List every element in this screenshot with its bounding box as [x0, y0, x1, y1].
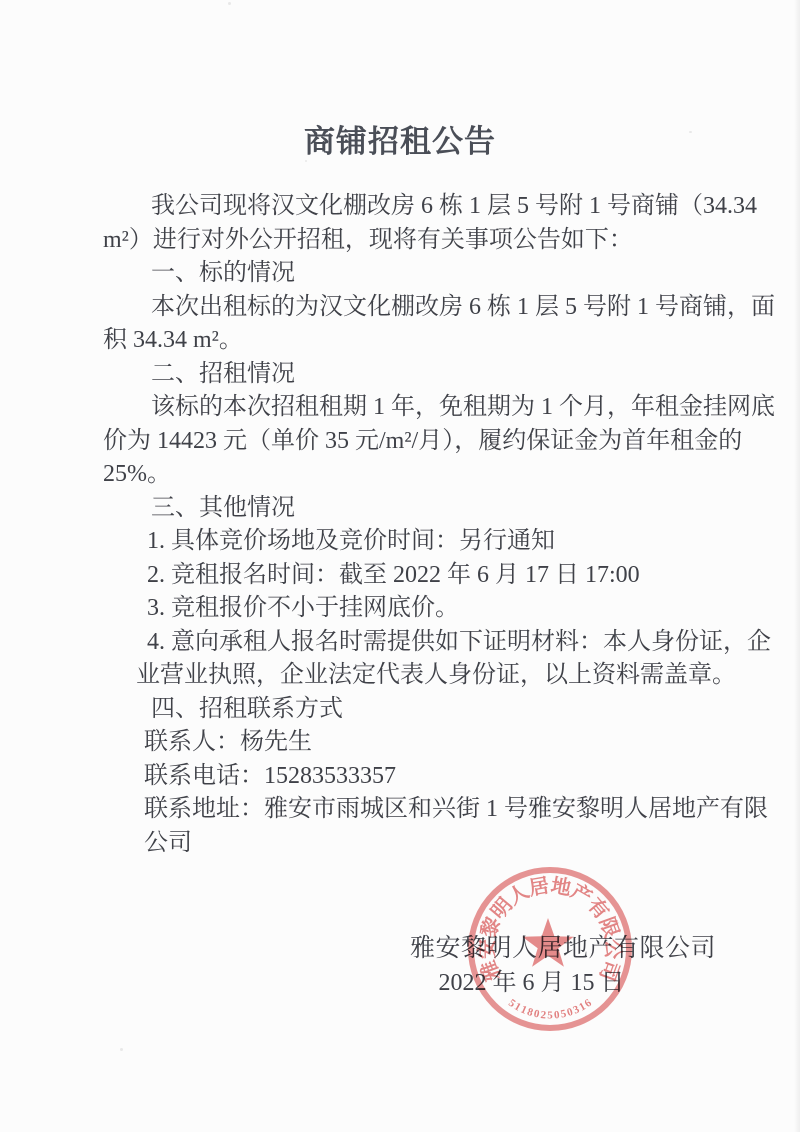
doc-line: 该标的本次招租租期 1 年，免租期为 1 个月，年租金挂网底 [103, 391, 707, 425]
section-heading-3: 三、其他情况 [103, 492, 707, 526]
svg-text:居: 居 [527, 874, 551, 900]
doc-line: m²）进行对外公开招租，现将有关事项公告如下： [103, 224, 707, 258]
page-title: 商铺招租公告 [0, 116, 800, 161]
doc-line: 积 34.34 m²。 [103, 324, 707, 358]
document-body: 我公司现将汉文化棚改房 6 栋 1 层 5 号附 1 号商铺（34.34 m²）… [103, 190, 707, 860]
section-heading-4: 四、招租联系方式 [103, 693, 707, 727]
list-item-4-wrap: 业营业执照，企业法定代表人身份证，以上资料需盖章。 [103, 659, 707, 693]
scan-speck [228, 2, 231, 5]
seal-serial-number: 5118025050316 [506, 997, 594, 1022]
scan-speck [120, 1048, 123, 1051]
doc-line: 价为 14423 元（单价 35 元/m²/月），履约保证金为首年租金的 [103, 425, 707, 459]
contact-address: 联系地址：雅安市雨城区和兴街 1 号雅安黎明人居地产有限 [103, 793, 707, 827]
doc-line: 本次出租标的为汉文化棚改房 6 栋 1 层 5 号附 1 号商铺，面 [103, 291, 707, 325]
company-seal-stamp-icon: 雅安黎明人居地产有限公司 5118025050316 [460, 859, 640, 1039]
seal-star-icon [522, 918, 573, 967]
svg-text:安: 安 [475, 939, 499, 959]
section-heading-2: 二、招租情况 [103, 358, 707, 392]
section-heading-1: 一、标的情况 [103, 257, 707, 291]
list-item-4: 4. 意向承租人报名时需提供如下证明材料：本人身份证，企 [103, 626, 707, 660]
list-item-2: 2. 竞租报名时间：截至 2022 年 6 月 17 日 17:00 [103, 559, 707, 593]
svg-text:5: 5 [547, 1010, 553, 1022]
doc-line: 我公司现将汉文化棚改房 6 栋 1 层 5 号附 1 号商铺（34.34 [103, 190, 707, 224]
contact-address-wrap: 公司 [103, 827, 707, 861]
svg-text:公: 公 [601, 939, 624, 960]
svg-text:2: 2 [540, 1009, 547, 1022]
list-item-1: 1. 具体竞价场地及竞价时间：另行通知 [103, 525, 707, 559]
doc-line: 25%。 [103, 458, 707, 492]
contact-phone: 联系电话：15283533357 [103, 760, 707, 794]
scan-edge-shadow [794, 0, 800, 1132]
list-item-3: 3. 竞租报价不小于挂网底价。 [103, 592, 707, 626]
contact-person: 联系人：杨先生 [103, 726, 707, 760]
svg-text:司: 司 [595, 957, 623, 984]
